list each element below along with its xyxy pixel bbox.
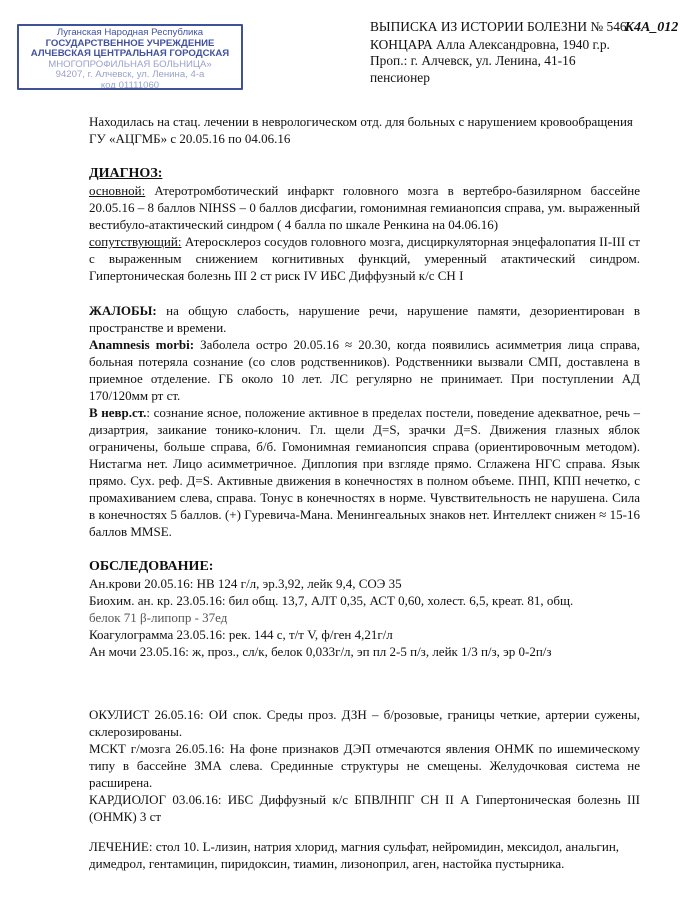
exam-urine: Ан мочи 23.05.16: ж, проз., сл/к, белок … xyxy=(89,643,640,660)
neuro-status-text: : сознание ясное, положение активное в п… xyxy=(89,405,640,539)
stamp-line-code: код 01111060 xyxy=(19,81,241,92)
exam-biochemistry-cont: белок 71 β-липопр - 37ед xyxy=(89,609,640,626)
admission-info: Находилась на стац. лечении в неврологич… xyxy=(89,113,640,147)
diagnosis-main: основной: Атеротромботический инфаркт го… xyxy=(89,182,640,233)
patient-name: КОНЦАРА Алла Александровна, 1940 г.р. xyxy=(370,37,678,54)
diagnosis-main-text: Атеротромботический инфаркт головного мо… xyxy=(89,183,640,232)
consult-cardiologist: КАРДИОЛОГ 03.06.16: ИБС Диффузный к/с БП… xyxy=(89,791,640,825)
hospital-stamp: Луганская Народная Республика ГОСУДАРСТВ… xyxy=(17,24,243,90)
treatment-text: стол 10. L-лизин, натрия хлорид, магния … xyxy=(89,839,619,871)
exam-biochemistry: Биохим. ан. кр. 23.05.16: бил общ. 13,7,… xyxy=(89,592,640,609)
neuro-status-title: В невр.ст. xyxy=(89,405,146,420)
neuro-status: В невр.ст.: сознание ясное, положение ак… xyxy=(89,404,640,540)
consult-mskt: МСКТ г/мозга 26.05.16: На фоне признаков… xyxy=(89,740,640,791)
document-id: K4A_012 xyxy=(625,20,679,35)
diagnosis-title: ДИАГНОЗ: xyxy=(89,165,640,182)
anamnesis: Anamnesis morbi: Заболела остро 20.05.16… xyxy=(89,336,640,404)
treatment-title: ЛЕЧЕНИЕ: xyxy=(89,839,152,854)
consult-ophthalmologist: ОКУЛИСТ 26.05.16: ОИ спок. Среды проз. Д… xyxy=(89,706,640,740)
diagnosis-main-label: основной: xyxy=(89,183,145,198)
diagnosis-secondary-label: сопутствующий: xyxy=(89,234,181,249)
document-header: ВЫПИСКА ИЗ ИСТОРИИ БОЛЕЗНИ № 546K4A_012 … xyxy=(370,19,678,86)
diagnosis-secondary: сопутствующий: Атеросклероз сосудов голо… xyxy=(89,233,640,284)
document-body: Находилась на стац. лечении в неврологич… xyxy=(89,113,640,872)
exam-coagulogram: Коагулограмма 23.05.16: рек. 144 с, т/т … xyxy=(89,626,640,643)
patient-address: Проп.: г. Алчевск, ул. Ленина, 41-16 xyxy=(370,53,678,70)
examination-title: ОБСЛЕДОВАНИЕ: xyxy=(89,558,640,575)
document-title-row: ВЫПИСКА ИЗ ИСТОРИИ БОЛЕЗНИ № 546K4A_012 xyxy=(370,19,678,37)
complaints-text: на общую слабость, нарушение речи, наруш… xyxy=(89,303,640,335)
patient-status: пенсионер xyxy=(370,70,678,87)
stamp-line-republic: Луганская Народная Республика xyxy=(19,28,241,39)
complaints-title: ЖАЛОБЫ: xyxy=(89,303,157,318)
exam-blood: Ан.крови 20.05.16: НВ 124 г/л, эр.3,92, … xyxy=(89,575,640,592)
anamnesis-title: Anamnesis morbi: xyxy=(89,337,194,352)
complaints: ЖАЛОБЫ: на общую слабость, нарушение реч… xyxy=(89,302,640,336)
treatment: ЛЕЧЕНИЕ: стол 10. L-лизин, натрия хлорид… xyxy=(89,838,640,872)
document-title: ВЫПИСКА ИЗ ИСТОРИИ БОЛЕЗНИ № 546 xyxy=(370,19,627,34)
